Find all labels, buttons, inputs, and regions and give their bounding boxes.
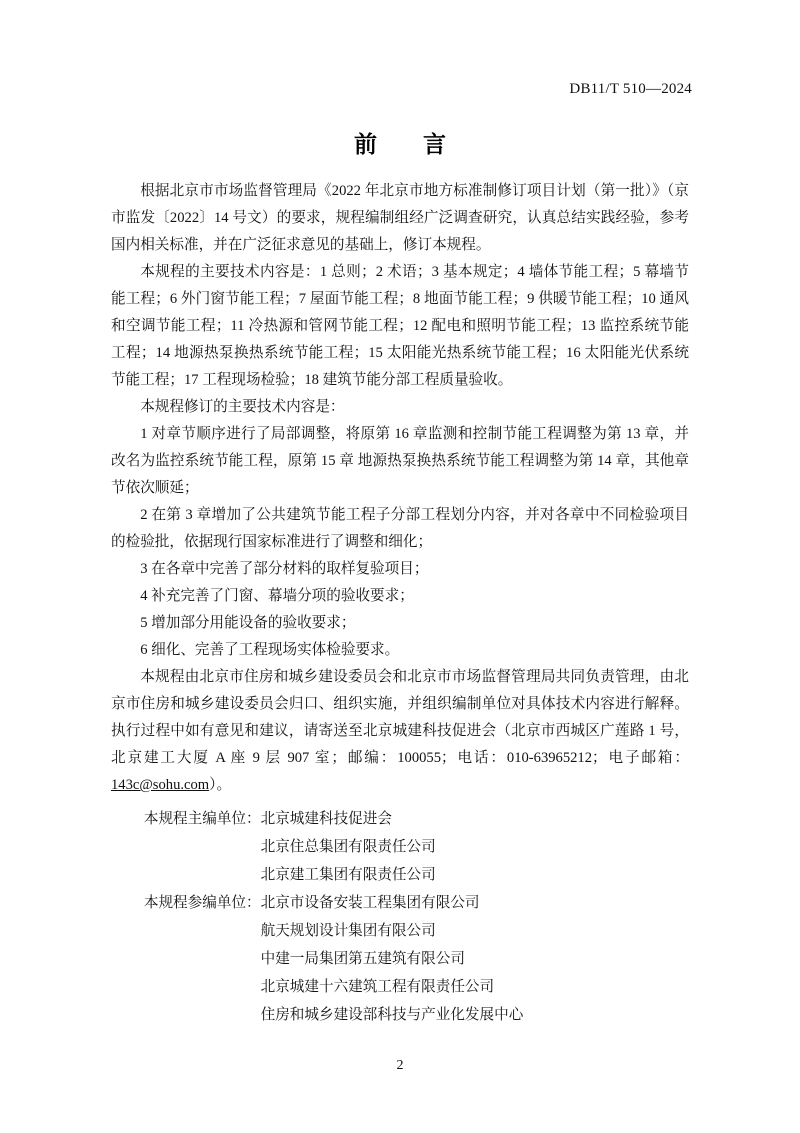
- chief-editor-row: 本规程主编单位： 北京城建科技促进会 北京住总集团有限责任公司 北京建工集团有限…: [144, 805, 689, 889]
- paragraph-contents: 本规程的主要技术内容是：1 总则；2 术语；3 基本规定；4 墙体节能工程；5 …: [111, 259, 689, 394]
- paragraph-revision-item-6: 6 细化、完善了工程现场实体检验要求。: [111, 637, 689, 664]
- page-number: 2: [397, 1058, 404, 1073]
- unit-name: 住房和城乡建设部科技与产业化发展中心: [261, 1001, 689, 1029]
- paragraph-revision-item-3: 3 在各章中完善了部分材料的取样复验项目；: [111, 556, 689, 583]
- unit-name: 北京建工集团有限责任公司: [261, 861, 689, 889]
- paragraph-revision-heading: 本规程修订的主要技术内容是：: [111, 394, 689, 421]
- unit-name: 航天规划设计集团有限公司: [261, 917, 689, 945]
- unit-name: 北京城建科技促进会: [261, 805, 689, 833]
- unit-name: 中建一局集团第五建筑有限公司: [261, 945, 689, 973]
- unit-name: 北京市设备安装工程集团有限公司: [261, 889, 689, 917]
- chief-editor-units: 北京城建科技促进会 北京住总集团有限责任公司 北京建工集团有限责任公司: [261, 805, 689, 889]
- unit-name: 北京城建十六建筑工程有限责任公司: [261, 973, 689, 1001]
- paragraph-intro: 根据北京市市场监督管理局《2022 年北京市地方标准制修订项目计划（第一批）》（…: [111, 178, 689, 259]
- page-title: 前 言: [0, 126, 800, 159]
- paragraph-revision-item-2: 2 在第 3 章增加了公共建筑节能工程子分部工程划分内容，并对各章中不同检验项目…: [111, 502, 689, 556]
- document-page: DB11/T 510—2024 前 言 根据北京市市场监督管理局《2022 年北…: [0, 0, 800, 1133]
- document-header: DB11/T 510—2024: [110, 80, 692, 98]
- chief-editor-label: 本规程主编单位：: [144, 805, 261, 889]
- paragraph-contact: 本规程由北京市住房和城乡建设委员会和北京市市场监督管理局共同负责管理，由北京市住…: [111, 664, 689, 799]
- contact-text-after: ）。: [209, 777, 231, 793]
- paragraph-revision-item-1: 1 对章节顺序进行了局部调整，将原第 16 章监测和控制节能工程调整为第 13 …: [111, 421, 689, 502]
- document-body: 根据北京市市场监督管理局《2022 年北京市地方标准制修订项目计划（第一批）》（…: [111, 178, 689, 1029]
- unit-name: 北京住总集团有限责任公司: [261, 833, 689, 861]
- page-footer: 2: [0, 1056, 800, 1076]
- participating-editor-units: 北京市设备安装工程集团有限公司 航天规划设计集团有限公司 中建一局集团第五建筑有…: [261, 889, 689, 1029]
- editor-units-section: 本规程主编单位： 北京城建科技促进会 北京住总集团有限责任公司 北京建工集团有限…: [111, 805, 689, 1029]
- participating-editor-label: 本规程参编单位：: [144, 889, 261, 1029]
- paragraph-revision-item-5: 5 增加部分用能设备的验收要求；: [111, 610, 689, 637]
- participating-editor-row: 本规程参编单位： 北京市设备安装工程集团有限公司 航天规划设计集团有限公司 中建…: [144, 889, 689, 1029]
- contact-text-before: 本规程由北京市住房和城乡建设委员会和北京市市场监督管理局共同负责管理，由北京市住…: [111, 669, 689, 766]
- email-link[interactable]: 143c@sohu.com: [111, 777, 209, 793]
- paragraph-revision-item-4: 4 补充完善了门窗、幕墙分项的验收要求；: [111, 583, 689, 610]
- standard-number: DB11/T 510—2024: [569, 81, 692, 97]
